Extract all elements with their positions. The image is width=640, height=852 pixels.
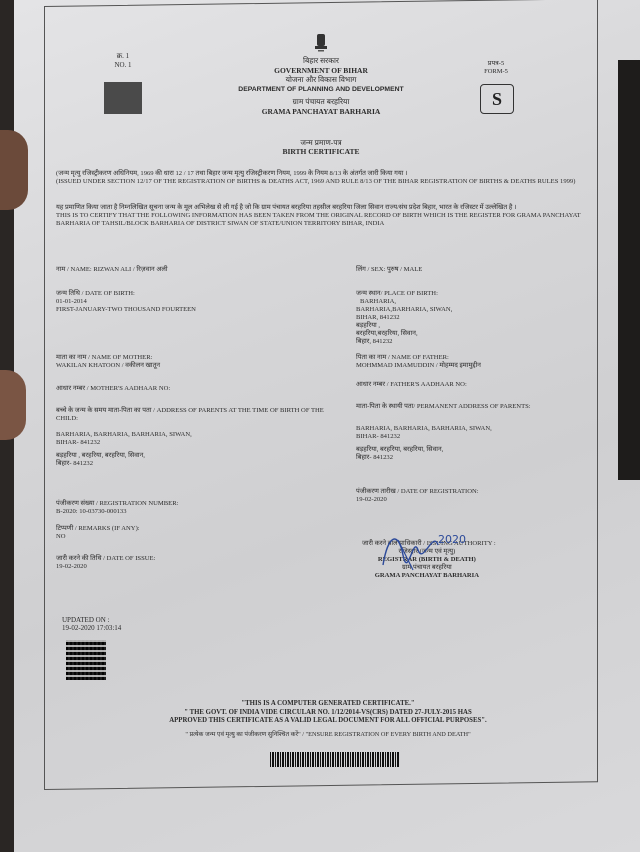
mother-value: WAKILAN KHATOON / वकीलन खातून [56,362,160,370]
birth-certificate: बिहार सरकार GOVERNMENT OF BIHAR योजना और… [48,10,594,780]
dob-value: 01-01-2014 [56,298,196,306]
place-line: BIHAR, 841232 [356,314,452,322]
field-place-of-birth: जन्म स्थान/ PLACE OF BIRTH: BARHARIA, BA… [356,290,452,346]
background-edge [618,60,640,480]
field-permanent-address: माता-पिता के स्थायी पता/ PERMANENT ADDRE… [356,403,586,462]
registrar-signature: 2020 [378,525,468,575]
field-address-at-birth: बच्चे के जन्म के समय माता-पिता का पता / … [56,407,346,468]
field-date-of-registration: पंजीकरण तारीख / DATE OF REGISTRATION: 19… [356,488,479,504]
footer-line: "THIS IS A COMPUTER GENERATED CERTIFICAT… [108,700,548,709]
date-of-registration-value: 19-02-2020 [356,496,479,504]
holding-finger [0,370,26,440]
mother-aadhaar-label: आधार नम्बर / MOTHER'S AADHAAR NO: [56,385,170,392]
remarks-label: टिप्पणी / REMARKS (IF ANY): [56,525,140,533]
address-line: बिहार- 841232 [356,454,586,462]
field-sex: लिंग / SEX: पुरुष / MALE [356,266,422,274]
serial-number: क्र. 1 NO. 1 [103,52,143,70]
registration-number-label: पंजीकरण संख्या / REGISTRATION NUMBER: [56,500,178,508]
father-aadhaar-label: आधार नम्बर / FATHER'S AADHAAR NO: [356,381,467,388]
address-at-birth-label: बच्चे के जन्म के समय माता-पिता का पता / … [56,407,346,423]
dob-words: FIRST-JANUARY-TWO THOUSAND FOURTEEN [56,306,196,314]
mother-label: माता का नाम / NAME OF MOTHER: [56,354,160,362]
sex-label: लिंग / SEX: [356,266,385,273]
title-hindi: जन्म प्रमाण-पत्र [48,138,594,147]
name-value: RIZWAN ALI / रिज़वान अली [93,266,167,273]
name-label: नाम / NAME: [56,266,92,273]
address-line: बड़हरिया, बरहरिया, बरहरिया, सिवान, [356,446,586,454]
field-date-of-issue: जारी करने की तिथि / DATE OF ISSUE: 19-02… [56,555,155,571]
updated-on: UPDATED ON : 19-02-2020 17:03:14 [62,616,121,632]
svg-text:2020: 2020 [438,533,466,546]
address-line: बिहार- 841232 [56,460,346,468]
permanent-address-label: माता-पिता के स्थायी पता/ PERMANENT ADDRE… [356,403,586,411]
field-mother: माता का नाम / NAME OF MOTHER: WAKILAN KH… [56,354,160,370]
place-of-birth-label: जन्म स्थान/ PLACE OF BIRTH: [356,290,452,298]
remarks-value: NO [56,533,140,541]
form-english: FORM-5 [476,68,516,76]
serial-english: NO. 1 [103,61,143,70]
updated-value: 19-02-2020 17:03:14 [62,624,121,632]
field-remarks: टिप्पणी / REMARKS (IF ANY): NO [56,525,140,541]
issued-under: (जन्म मृत्यु रजिस्ट्रीकरण अधिनियम, 1969 … [56,170,586,186]
address-line: बड़हरिया , बरहरिया, बरहरिया, सिवान, [56,452,346,460]
certify-english: THIS IS TO CERTIFY THAT THE FOLLOWING IN… [56,212,586,228]
sex-value: पुरुष / MALE [387,266,422,273]
father-label: पिता का नाम / NAME OF FATHER: [356,354,481,362]
registration-logo-icon: S [480,84,514,114]
field-father: पिता का नाम / NAME OF FATHER: MOHMMAD IM… [356,354,481,370]
footer-line: APPROVED THIS CERTIFICATE AS A VALID LEG… [108,717,548,726]
footer-line: " प्रत्येक जन्म एवं मृत्यु का पंजीकरण सु… [108,731,548,740]
issued-under-hindi: (जन्म मृत्यु रजिस्ट्रीकरण अधिनियम, 1969 … [56,170,586,178]
place-line: बिहार, 841232 [356,338,452,346]
footer-notice: "THIS IS A COMPUTER GENERATED CERTIFICAT… [108,700,548,739]
date-of-registration-label: पंजीकरण तारीख / DATE OF REGISTRATION: [356,488,479,496]
place-line: बड़हरिया , [356,322,452,330]
form-number: प्रपत्र-5 FORM-5 [476,60,516,76]
issued-under-english: (ISSUED UNDER SECTION 12/17 OF THE REGIS… [56,178,586,186]
father-value: MOHMMAD IMAMUDDIN / मोहम्मद इमामुद्दीन [356,362,481,370]
serial-hindi: क्र. 1 [103,52,143,61]
field-registration-number: पंजीकरण संख्या / REGISTRATION NUMBER: B-… [56,500,178,516]
footer-line: " THE GOVT. OF INDIA VIDE CIRCULAR NO. 1… [108,709,548,718]
updated-label: UPDATED ON : [62,616,121,624]
holding-finger [0,130,28,210]
ashoka-emblem-icon [312,32,330,56]
certify-statement: यह प्रमाणित किया जाता है निम्नलिखित सूचन… [56,204,586,228]
field-father-aadhaar: आधार नम्बर / FATHER'S AADHAAR NO: [356,381,467,389]
title-english: BIRTH CERTIFICATE [48,147,594,156]
barcode [270,752,400,767]
address-line: BARHARIA, BARHARIA, BARHARIA, SIWAN, [356,425,586,433]
address-line: BIHAR- 841232 [56,439,346,447]
place-line: बरहरिया,बरहरिया, सिवान, [356,330,452,338]
registration-number-value: B-2020: 10-03730-000133 [56,508,178,516]
certificate-title: जन्म प्रमाण-पत्र BIRTH CERTIFICATE [48,138,594,156]
hologram-image [104,82,142,114]
field-name: नाम / NAME: RIZWAN ALI / रिज़वान अली [56,266,168,274]
address-line: BARHARIA, BARHARIA, BARHARIA, SIWAN, [56,431,346,439]
certify-hindi: यह प्रमाणित किया जाता है निम्नलिखित सूचन… [56,204,586,212]
field-mother-aadhaar: आधार नम्बर / MOTHER'S AADHAAR NO: [56,385,170,393]
date-of-issue-value: 19-02-2020 [56,563,155,571]
qr-code [66,640,106,680]
dob-label: जन्म तिथि / DATE OF BIRTH: [56,290,196,298]
field-dob: जन्म तिथि / DATE OF BIRTH: 01-01-2014 FI… [56,290,196,314]
date-of-issue-label: जारी करने की तिथि / DATE OF ISSUE: [56,555,155,563]
address-line: BIHAR- 841232 [356,433,586,441]
place-line: BARHARIA,BARHARIA, SIWAN, [356,306,452,314]
form-hindi: प्रपत्र-5 [476,60,516,68]
place-line: BARHARIA, [356,298,452,306]
